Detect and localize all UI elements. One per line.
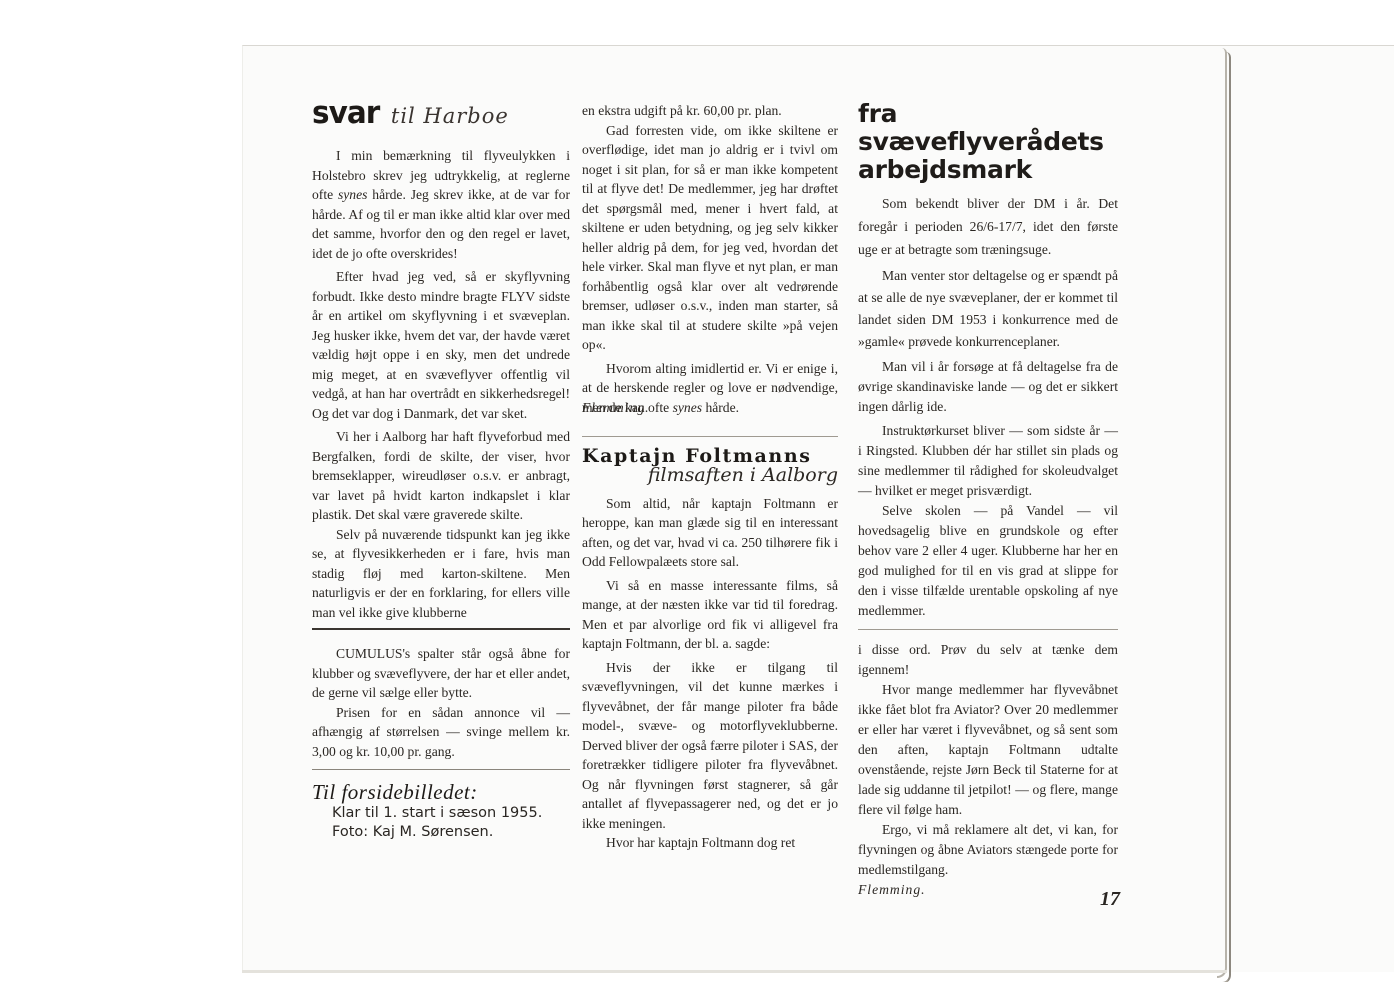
svar-continued: en ekstra udgift på kr. 60,00 pr. plan. … bbox=[582, 101, 838, 418]
paragraph: I min bemærkning til flyveulykken i Hols… bbox=[312, 146, 570, 263]
emphasis: synes bbox=[673, 400, 702, 415]
paragraph: Hvor har kaptajn Foltmann dog ret bbox=[582, 833, 838, 853]
article-kaptajn: Kaptajn Foltmanns filmsaften i Aalborg S… bbox=[582, 447, 838, 853]
paragraph: Hvor mange medlemmer har flyvevåbnet ikk… bbox=[858, 680, 1118, 820]
page-number: 17 bbox=[1100, 888, 1120, 911]
column-2: en ekstra udgift på kr. 60,00 pr. plan. … bbox=[582, 101, 838, 853]
column-3: fra svæveflyverådets arbejdsmark Som bek… bbox=[858, 100, 1118, 900]
cumulus-notice: CUMULUS's spalter står også åbne for klu… bbox=[312, 644, 570, 761]
page-fore-edge-outer bbox=[1222, 52, 1231, 982]
divider bbox=[312, 628, 570, 630]
paragraph: Man venter stor deltagelse og er spændt … bbox=[858, 265, 1118, 353]
article-heading: Kaptajn Foltmanns filmsaften i Aalborg bbox=[582, 447, 838, 486]
article-fra: fra svæveflyverådets arbejdsmark Som bek… bbox=[858, 100, 1118, 621]
column-1: svar til Harboe I min bemærkning til fly… bbox=[312, 104, 570, 842]
paragraph: Som bekendt bliver der DM i år. Det fore… bbox=[858, 192, 1118, 261]
paragraph: Hvis der ikke er tilgang til svæveflyvni… bbox=[582, 658, 838, 834]
caption-title: Til forsidebilledet: bbox=[312, 780, 570, 804]
paragraph: Selve skolen — på Vandel — vil hovedsage… bbox=[858, 501, 1118, 621]
page-bottom-edge bbox=[242, 970, 1227, 973]
caption-line: Foto: Kaj M. Sørensen. bbox=[312, 823, 570, 842]
heading-bold: svar bbox=[312, 104, 379, 124]
paragraph: Man vil i år forsøge at få deltagelse fr… bbox=[858, 357, 1118, 417]
heading-script: filmsaften i Aalborg bbox=[582, 466, 838, 486]
paragraph: Som altid, når kaptajn Foltmann er herop… bbox=[582, 494, 838, 572]
paragraph: Vi her i Aalborg har haft flyveforbud me… bbox=[312, 427, 570, 525]
article-heading: svar til Harboe bbox=[312, 104, 570, 140]
paragraph: Gad forresten vide, om ikke skiltene er … bbox=[582, 121, 838, 355]
emphasis: synes bbox=[338, 187, 367, 202]
paragraph: Selv på nuværende tidspunkt kan jeg ikke… bbox=[312, 525, 570, 623]
paragraph: Ergo, vi må reklamere alt det, vi kan, f… bbox=[858, 820, 1118, 880]
signature: Flemming. bbox=[858, 880, 1118, 900]
paragraph: Instruktørkurset bliver — som sidste år … bbox=[858, 421, 1118, 501]
paragraph: Efter hvad jeg ved, så er skyflyvning fo… bbox=[312, 267, 570, 423]
paragraph: Vi så en masse interessante films, så ma… bbox=[582, 576, 838, 654]
article-svar: svar til Harboe I min bemærkning til fly… bbox=[312, 104, 570, 622]
divider bbox=[582, 436, 838, 437]
paragraph: CUMULUS's spalter står også åbne for klu… bbox=[312, 644, 570, 703]
divider bbox=[312, 769, 570, 770]
divider bbox=[858, 629, 1118, 630]
paragraph: en ekstra udgift på kr. 60,00 pr. plan. bbox=[582, 101, 838, 121]
caption-line: Klar til 1. start i sæson 1955. bbox=[312, 804, 570, 823]
kaptajn-continued: i disse ord. Prøv du selv at tænke dem i… bbox=[858, 640, 1118, 900]
cover-caption: Til forsidebilledet: Klar til 1. start i… bbox=[312, 780, 570, 842]
paragraph: Prisen for en sådan annonce vil — afhæng… bbox=[312, 703, 570, 762]
paragraph: i disse ord. Prøv du selv at tænke dem i… bbox=[858, 640, 1118, 680]
article-heading: fra svæveflyverådets arbejdsmark bbox=[858, 100, 1118, 184]
heading-script: til Harboe bbox=[391, 107, 509, 127]
